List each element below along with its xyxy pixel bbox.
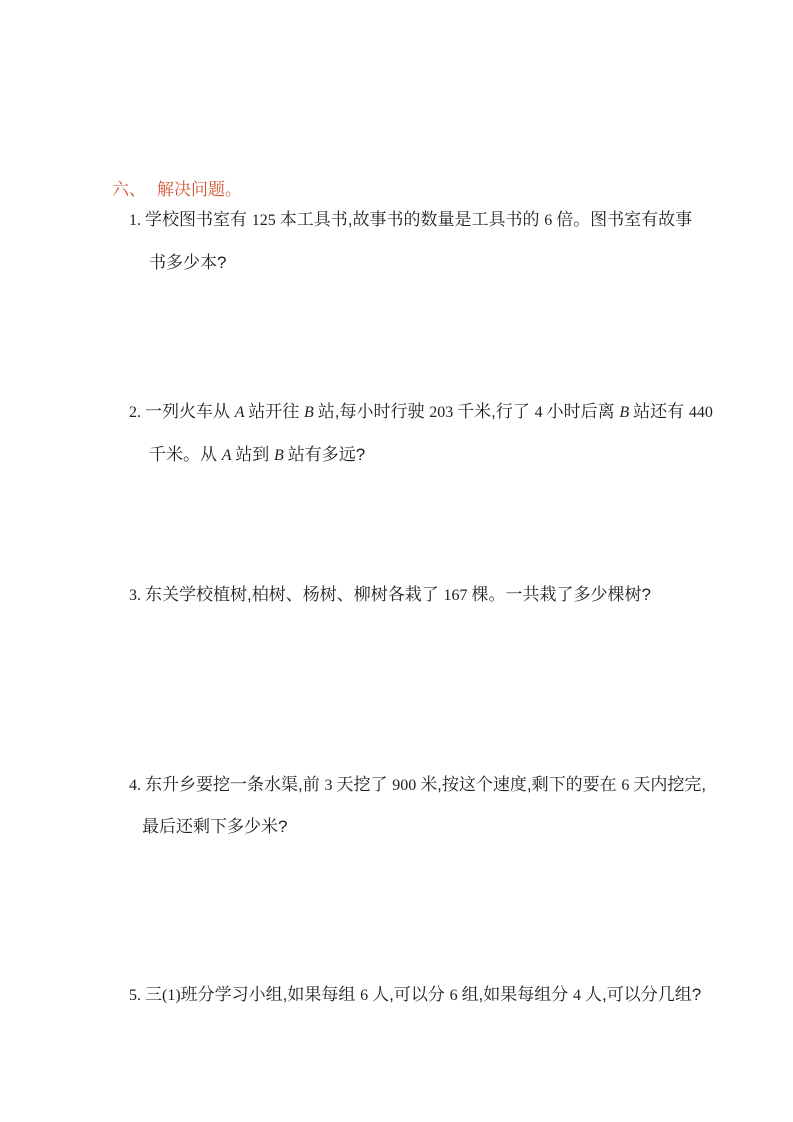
text-segment: 东升乡要挖一条水渠,前 — [145, 775, 324, 794]
problem-1-line-2: 书多少本? — [149, 251, 226, 275]
text-segment: 3 — [324, 777, 336, 794]
text-segment: 东关学校植树,柏树、杨树、柳树各栽了 — [145, 585, 443, 604]
text-segment: B — [304, 404, 318, 421]
problem-4-line-2: 最后还剩下多少米? — [142, 815, 287, 839]
text-segment: 一列火车从 — [145, 402, 235, 421]
problem-4-line-1: 4. 东升乡要挖一条水渠,前 3 天挖了 900 米,按这个速度,剩下的要在 6… — [129, 773, 706, 798]
text-segment: 棵。一共栽了多少棵树? — [471, 585, 650, 604]
text-segment: 班分学习小组,如果每组 — [181, 985, 360, 1004]
worksheet-page: 六、解决问题。 1. 学校图书室有 125 本工具书,故事书的数量是工具书的 6… — [0, 0, 793, 1122]
text-segment: (1) — [162, 987, 181, 1004]
text-segment: 最后还剩下多少米? — [142, 817, 287, 836]
section-title: 解决问题。 — [157, 180, 242, 199]
text-segment: 小时后离 — [547, 402, 620, 421]
text-segment: 米,按这个速度,剩下的要在 — [420, 775, 621, 794]
text-segment: 组,如果每组分 — [462, 985, 573, 1004]
text-segment: 440 — [689, 404, 713, 421]
text-segment: 6 — [450, 987, 462, 1004]
text-segment: A — [235, 404, 248, 421]
text-segment: 4 — [535, 404, 547, 421]
problem-3-line-1: 3. 东关学校植树,柏树、杨树、柳树各栽了 167 棵。一共栽了多少棵树? — [129, 583, 651, 608]
text-segment: B — [274, 447, 288, 464]
problem-5-line-1: 5. 三(1)班分学习小组,如果每组 6 人,可以分 6 组,如果每组分 4 人… — [129, 983, 701, 1008]
text-segment: 天内挖完, — [633, 775, 706, 794]
text-segment: 5. — [129, 987, 145, 1004]
section-heading: 六、解决问题。 — [112, 179, 242, 201]
text-segment: 1. — [129, 212, 145, 229]
text-segment: 6 — [621, 777, 633, 794]
text-segment: 站到 — [235, 445, 274, 464]
text-segment: B — [619, 404, 633, 421]
text-segment: 人,可以分几组? — [585, 985, 701, 1004]
text-segment: 人,可以分 — [372, 985, 449, 1004]
text-segment: 三 — [145, 985, 162, 1004]
text-segment: 167 — [443, 587, 471, 604]
text-segment: 千米,行了 — [457, 402, 534, 421]
text-segment: 3. — [129, 587, 145, 604]
text-segment: 本工具书,故事书的数量是工具书的 — [280, 210, 544, 229]
text-segment: 4 — [573, 987, 585, 1004]
section-number: 六、 — [112, 180, 146, 199]
text-segment: 4. — [129, 777, 145, 794]
text-segment: 千米。从 — [149, 445, 222, 464]
text-segment: 2. — [129, 404, 145, 421]
text-segment: 书多少本? — [149, 253, 226, 272]
text-segment: 站,每小时行驶 — [318, 402, 429, 421]
text-segment: A — [222, 447, 235, 464]
text-segment: 站还有 — [633, 402, 689, 421]
problem-1-line-1: 1. 学校图书室有 125 本工具书,故事书的数量是工具书的 6 倍。图书室有故… — [129, 208, 692, 233]
text-segment: 6 — [544, 212, 556, 229]
text-segment: 倍。图书室有故事 — [556, 210, 692, 229]
text-segment: 学校图书室有 — [145, 210, 252, 229]
problem-2-line-1: 2. 一列火车从 A 站开往 B 站,每小时行驶 203 千米,行了 4 小时后… — [129, 400, 713, 425]
text-segment: 站开往 — [248, 402, 304, 421]
text-segment: 203 — [429, 404, 457, 421]
text-segment: 900 — [392, 777, 420, 794]
text-segment: 6 — [360, 987, 372, 1004]
text-segment: 站有多远? — [288, 445, 365, 464]
text-segment: 天挖了 — [336, 775, 392, 794]
problem-2-line-2: 千米。从 A 站到 B 站有多远? — [149, 443, 365, 468]
text-segment: 125 — [252, 212, 280, 229]
